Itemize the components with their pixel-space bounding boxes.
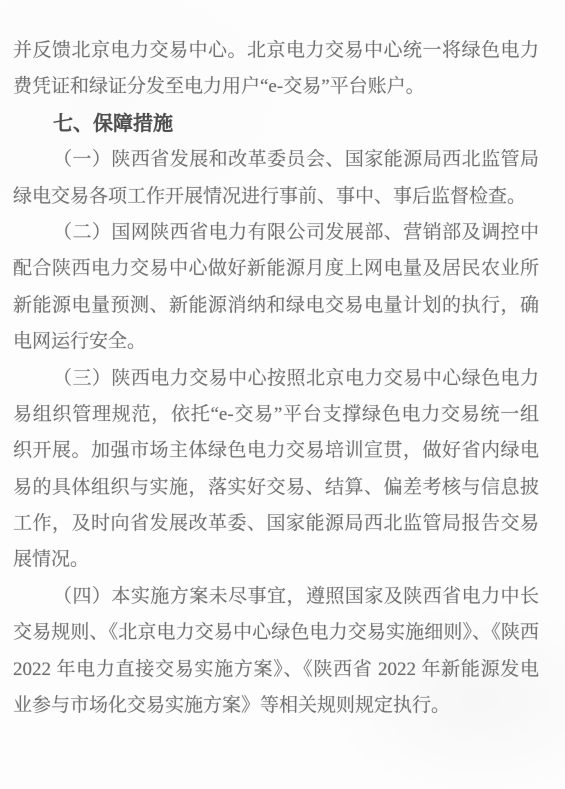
document-line: （二）国网陕西省电力有限公司发展部、营销部及调控中心 — [13, 215, 539, 251]
document-line: 易组织管理规范，依托“e-交易”平台支撑绿色电力交易统一组 — [13, 397, 539, 433]
document-line: （一）陕西省发展和改革委员会、国家能源局西北监管局对 — [13, 142, 539, 178]
document-line: 工作，及时向省发展改革委、国家能源局西北监管局报告交易进 — [13, 506, 539, 542]
document-page: 并反馈北京电力交易中心。北京电力交易中心统一将绿色电力消费凭证和绿证分发至电力用… — [0, 0, 565, 789]
document-line: 2022 年电力直接交易实施方案》、《陕西省 2022 年新能源发电企 — [13, 652, 539, 688]
document-line: 并反馈北京电力交易中心。北京电力交易中心统一将绿色电力消 — [13, 33, 539, 69]
document-line: 织开展。加强市场主体绿色电力交易培训宣贯，做好省内绿电交 — [13, 433, 539, 469]
section-heading: 七、保障措施 — [13, 106, 539, 142]
document-line: 新能源电量预测、新能源消纳和绿电交易电量计划的执行，确保 — [13, 288, 539, 324]
document-line: 业参与市场化交易实施方案》等相关规则规定执行。 — [13, 688, 539, 724]
document-line: 费凭证和绿证分发至电力用户“e-交易”平台账户。 — [13, 69, 539, 105]
document-line: 电网运行安全。 — [13, 324, 539, 360]
document-body: 并反馈北京电力交易中心。北京电力交易中心统一将绿色电力消费凭证和绿证分发至电力用… — [0, 0, 565, 724]
document-line: 易的具体组织与实施，落实好交易、结算、偏差考核与信息披露 — [13, 470, 539, 506]
document-line: 配合陕西电力交易中心做好新能源月度上网电量及居民农业所需 — [13, 251, 539, 287]
document-line: （三）陕西电力交易中心按照北京电力交易中心绿色电力交 — [13, 361, 539, 397]
document-line: 交易规则、《北京电力交易中心绿色电力交易实施细则》、《陕西省 — [13, 615, 539, 651]
document-line: 绿电交易各项工作开展情况进行事前、事中、事后监督检查。 — [13, 179, 539, 215]
document-line: 展情况。 — [13, 542, 539, 578]
document-line: （四）本实施方案未尽事宜，遵照国家及陕西省电力中长期 — [13, 579, 539, 615]
